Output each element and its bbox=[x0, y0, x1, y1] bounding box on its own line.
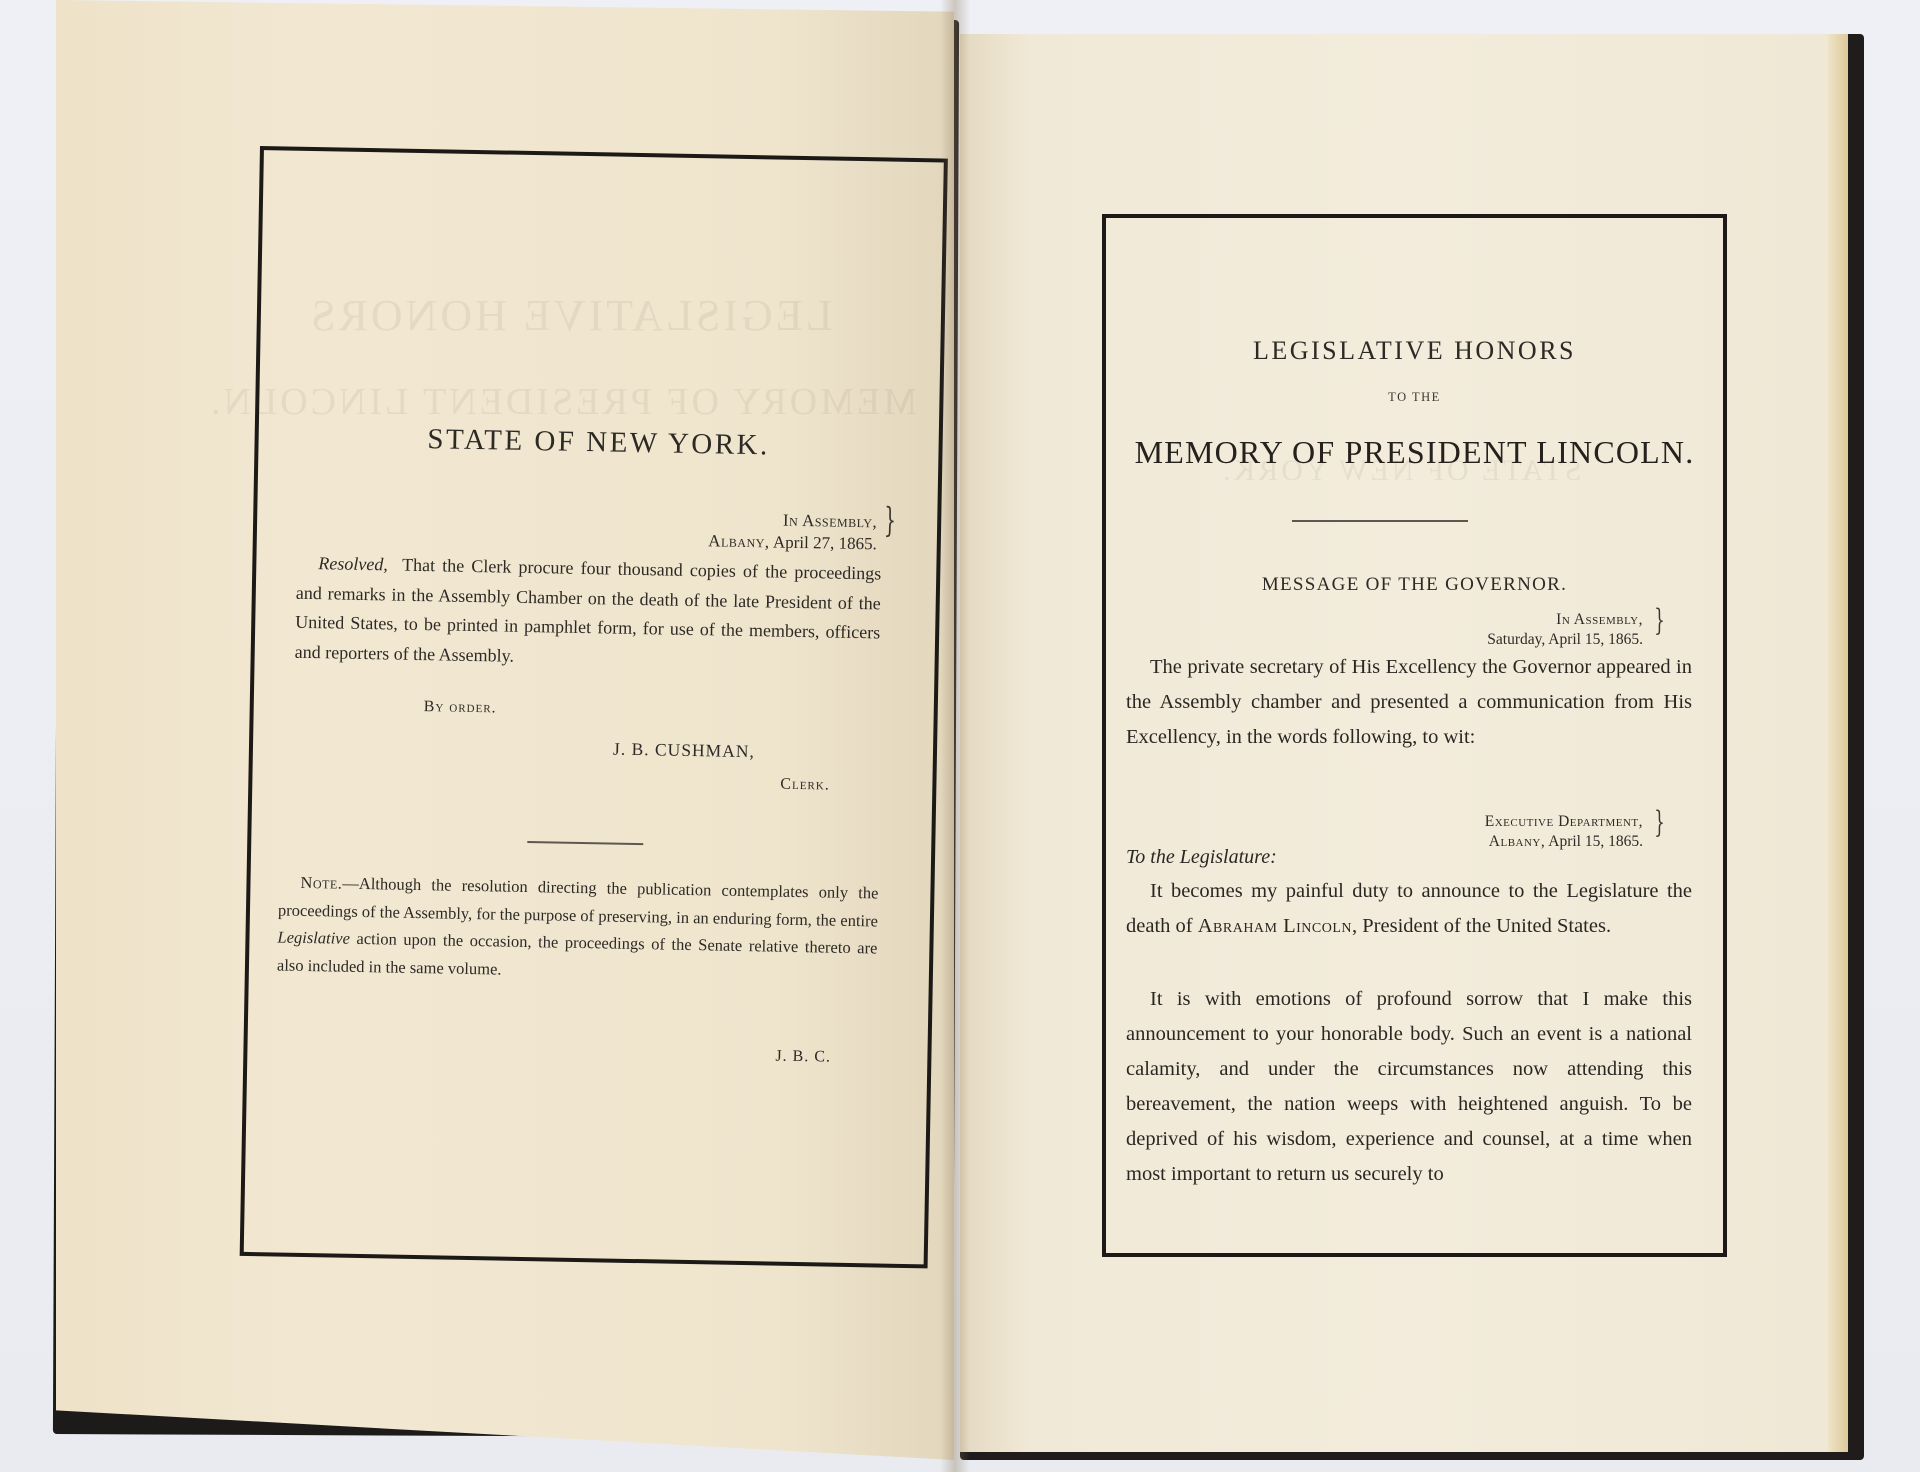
resolution-lead: Resolved, bbox=[318, 553, 388, 574]
heading-to-the: TO THE bbox=[1106, 390, 1723, 405]
left-page: LEGISLATIVE HONORS MEMORY OF PRESIDENT L… bbox=[56, 0, 954, 1460]
heading-legislative-honors: LEGISLATIVE HONORS bbox=[1106, 336, 1723, 366]
dateline-line1: In Assembly, bbox=[1487, 610, 1643, 630]
brace-glyph: } bbox=[1654, 602, 1665, 640]
right-page: STATE OF NEW YORK. LEGISLATIVE HONORS TO… bbox=[960, 34, 1848, 1452]
note-italic-word: Legislative bbox=[277, 927, 350, 947]
dateline-line2: Saturday, April 15, 1865. bbox=[1487, 630, 1643, 650]
left-dateline: In Assembly, Albany, April 27, 1865. bbox=[708, 508, 877, 555]
signature-name: J. B. CUSHMAN, bbox=[613, 739, 755, 763]
brace-glyph: } bbox=[1654, 804, 1665, 842]
divider-rule bbox=[1292, 520, 1468, 522]
note-lead: Note. bbox=[300, 873, 342, 893]
left-page-frame: STATE OF NEW YORK. In Assembly, Albany, … bbox=[240, 146, 948, 1268]
president-name: Abraham Lincoln bbox=[1198, 915, 1352, 937]
right-page-frame: LEGISLATIVE HONORS TO THE MEMORY OF PRES… bbox=[1102, 214, 1727, 1257]
page-edge bbox=[1828, 34, 1848, 1452]
assembly-dateline: In Assembly, Saturday, April 15, 1865. bbox=[1487, 610, 1643, 650]
note-text-continued: action upon the occasion, the proceeding… bbox=[277, 929, 878, 978]
salutation: To the Legislature: bbox=[1126, 840, 1692, 875]
left-page-title: STATE OF NEW YORK. bbox=[258, 420, 938, 465]
intro-paragraph: The private secretary of His Excellency … bbox=[1126, 650, 1692, 755]
dateline-place: Albany, bbox=[708, 531, 770, 551]
divider-rule bbox=[527, 841, 643, 845]
note-initials: J. B. C. bbox=[775, 1048, 831, 1067]
dateline-line1: In Assembly, bbox=[708, 508, 877, 533]
section-title: MESSAGE OF THE GOVERNOR. bbox=[1106, 574, 1723, 596]
note-paragraph: Note.—Although the resolution directing … bbox=[277, 868, 879, 989]
body-paragraph-1: It becomes my painful duty to announce t… bbox=[1126, 874, 1692, 944]
paragraph-text-continued: , President of the United States. bbox=[1352, 915, 1611, 937]
dateline-line1: Executive Department, bbox=[1485, 812, 1643, 832]
resolution-paragraph: Resolved, That the Clerk procure four th… bbox=[294, 549, 881, 678]
note-text: —Although the resolution directing the p… bbox=[278, 874, 879, 930]
brace-glyph: } bbox=[884, 502, 897, 540]
dateline-date: April 27, 1865. bbox=[769, 532, 877, 553]
heading-memory-of-president-lincoln: MEMORY OF PRESIDENT LINCOLN. bbox=[1106, 434, 1723, 471]
by-order-label: By order. bbox=[424, 698, 497, 717]
open-book-scene: LEGISLATIVE HONORS MEMORY OF PRESIDENT L… bbox=[0, 0, 1920, 1472]
signature-title: Clerk. bbox=[780, 776, 830, 795]
body-paragraph-2: It is with emotions of profound sorrow t… bbox=[1126, 982, 1692, 1192]
